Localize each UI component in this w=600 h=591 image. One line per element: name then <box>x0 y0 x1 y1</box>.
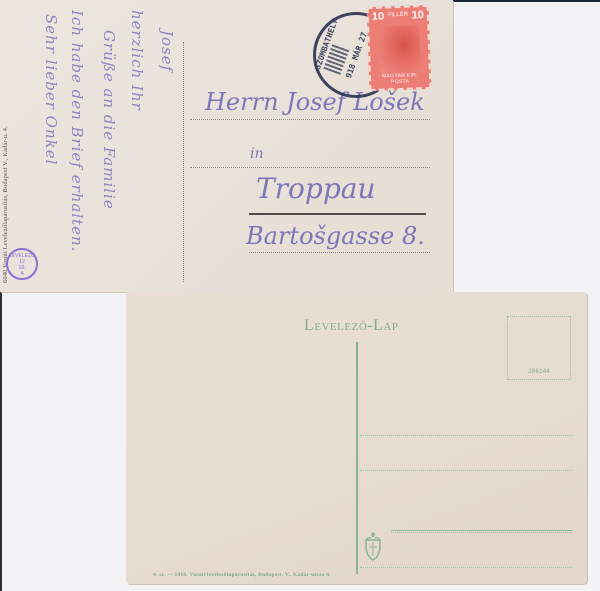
message-line: Josef <box>158 30 176 72</box>
card-divider <box>356 342 358 574</box>
message-line: Grüße an die Familie <box>100 30 118 210</box>
card-title: Levelező-Lap <box>304 317 398 335</box>
scan-edge-left <box>0 292 2 591</box>
stamp-value: 10 <box>372 11 385 23</box>
message-line: Ich habe den Brief erhalten. <box>68 10 86 252</box>
address-line-underline <box>249 213 426 215</box>
message-line: Sehr lieber Onkel <box>42 14 60 165</box>
stamp-value: 10 <box>411 9 424 21</box>
address-line <box>249 252 430 253</box>
publisher-imprint: 6040 Vasúti Levelezőlapárusítás, Budapes… <box>2 3 14 283</box>
address-line <box>190 167 430 168</box>
address-street: Bartošgasse 8. <box>246 222 425 250</box>
coat-of-arms-icon <box>364 532 382 562</box>
violet-cancel-stamp: LEVELEZŐ 12 18. A <box>6 248 38 280</box>
serial-number: 206144 <box>508 368 570 375</box>
stamp-reaper-image <box>379 25 421 74</box>
address-line <box>190 119 430 120</box>
address-preposition: in <box>250 146 264 162</box>
address-line <box>360 435 572 436</box>
address-line <box>360 470 572 471</box>
footer-imprint: 4. sz. — 1916. Vasuti levelezőlapárusitá… <box>153 572 331 578</box>
stamp-country: MAGYAR KIR. POSTA <box>374 72 426 86</box>
card-divider <box>183 42 184 282</box>
postcard-written-side: 6040 Vasúti Levelezőlapárusítás, Budapes… <box>0 0 453 292</box>
address-line <box>360 567 572 568</box>
stamp-placeholder-box: 206144 <box>507 316 571 380</box>
postcard-blank-side: Levelező-Lap 206144 4. sz. — 1916. Vasut… <box>126 292 587 584</box>
address-city: Troppau <box>256 172 376 205</box>
postage-stamp: 10 FILLÉR 10 MAGYAR KIR. POSTA <box>367 5 432 91</box>
scan-edge-top <box>453 0 600 2</box>
recipient-name: Herrn Josef Lošek <box>205 88 425 116</box>
message-line: herzlich Ihr <box>128 10 146 111</box>
address-line-double <box>391 530 572 531</box>
stamp-denomination: FILLÉR <box>385 12 411 19</box>
